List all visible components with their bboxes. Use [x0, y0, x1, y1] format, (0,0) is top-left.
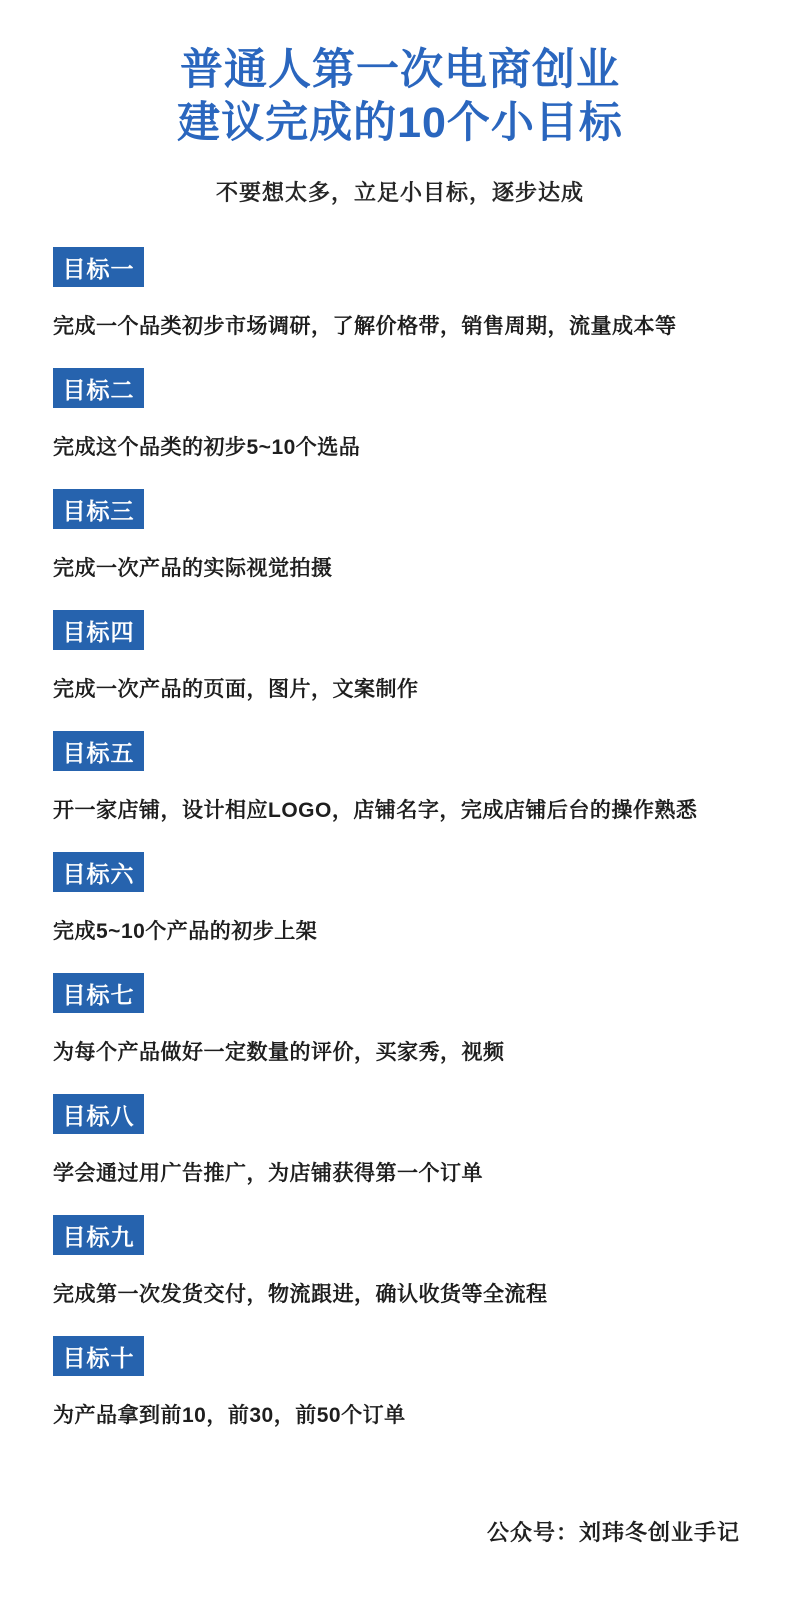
goal-description: 为每个产品做好一定数量的评价，买家秀，视频 — [53, 1040, 747, 1065]
goal-item-8: 目标八 学会通过用广告推广，为店铺获得第一个订单 — [53, 1094, 747, 1186]
goal-item-1: 目标一 完成一个品类初步市场调研，了解价格带，销售周期，流量成本等 — [53, 247, 747, 339]
goal-item-5: 目标五 开一家店铺，设计相应LOGO，店铺名字，完成店铺后台的操作熟悉 — [53, 731, 747, 823]
goal-badge-label: 目标十 — [63, 1340, 135, 1373]
goal-description: 学会通过用广告推广，为店铺获得第一个订单 — [53, 1161, 747, 1186]
page-footer: 公众号：刘玮冬创业手记 — [0, 1516, 800, 1607]
infographic-page: 普通人第一次电商创业 建议完成的10个小目标 不要想太多，立足小目标，逐步达成 … — [0, 0, 800, 1607]
goal-badge: 目标十 — [53, 1336, 144, 1376]
goal-description: 完成第一次发货交付，物流跟进，确认收货等全流程 — [53, 1282, 747, 1307]
goal-badge-label: 目标七 — [63, 977, 135, 1010]
footer-credit: 公众号：刘玮冬创业手记 — [487, 1520, 740, 1545]
goal-item-2: 目标二 完成这个品类的初步5~10个选品 — [53, 368, 747, 460]
goal-badge-label: 目标八 — [63, 1098, 135, 1131]
page-subtitle: 不要想太多，立足小目标，逐步达成 — [0, 176, 800, 207]
goal-badge: 目标四 — [53, 610, 144, 650]
goal-badge-label: 目标九 — [63, 1219, 135, 1252]
goal-badge: 目标八 — [53, 1094, 144, 1134]
goal-description: 为产品拿到前10，前30，前50个订单 — [53, 1403, 747, 1428]
goal-badge: 目标六 — [53, 852, 144, 892]
goal-badge-label: 目标二 — [63, 372, 135, 405]
goal-badge: 目标二 — [53, 368, 144, 408]
page-title-line2: 建议完成的10个小目标 — [177, 99, 623, 147]
page-header: 普通人第一次电商创业 建议完成的10个小目标 不要想太多，立足小目标，逐步达成 — [0, 0, 800, 207]
goal-badge: 目标三 — [53, 489, 144, 529]
goal-item-9: 目标九 完成第一次发货交付，物流跟进，确认收货等全流程 — [53, 1215, 747, 1307]
goal-description: 完成一次产品的实际视觉拍摄 — [53, 556, 747, 581]
goal-description: 开一家店铺，设计相应LOGO，店铺名字，完成店铺后台的操作熟悉 — [53, 798, 747, 823]
goal-description: 完成5~10个产品的初步上架 — [53, 919, 747, 944]
page-title-line1: 普通人第一次电商创业 — [180, 46, 620, 94]
goal-badge-label: 目标三 — [63, 493, 135, 526]
goal-badge-label: 目标六 — [63, 856, 135, 889]
goal-badge-label: 目标四 — [63, 614, 135, 647]
goal-item-7: 目标七 为每个产品做好一定数量的评价，买家秀，视频 — [53, 973, 747, 1065]
goal-item-10: 目标十 为产品拿到前10，前30，前50个订单 — [53, 1336, 747, 1428]
goal-description: 完成一个品类初步市场调研，了解价格带，销售周期，流量成本等 — [53, 314, 747, 339]
goal-badge: 目标一 — [53, 247, 144, 287]
goal-badge-label: 目标一 — [63, 251, 135, 284]
goal-badge: 目标五 — [53, 731, 144, 771]
goal-badge: 目标九 — [53, 1215, 144, 1255]
goal-item-3: 目标三 完成一次产品的实际视觉拍摄 — [53, 489, 747, 581]
goal-badge-label: 目标五 — [63, 735, 135, 768]
goal-item-4: 目标四 完成一次产品的页面，图片，文案制作 — [53, 610, 747, 702]
goal-badge: 目标七 — [53, 973, 144, 1013]
goal-item-6: 目标六 完成5~10个产品的初步上架 — [53, 852, 747, 944]
goal-description: 完成一次产品的页面，图片，文案制作 — [53, 677, 747, 702]
goal-description: 完成这个品类的初步5~10个选品 — [53, 435, 747, 460]
page-title: 普通人第一次电商创业 建议完成的10个小目标 — [0, 44, 800, 150]
goal-list: 目标一 完成一个品类初步市场调研，了解价格带，销售周期，流量成本等 目标二 完成… — [0, 247, 800, 1457]
